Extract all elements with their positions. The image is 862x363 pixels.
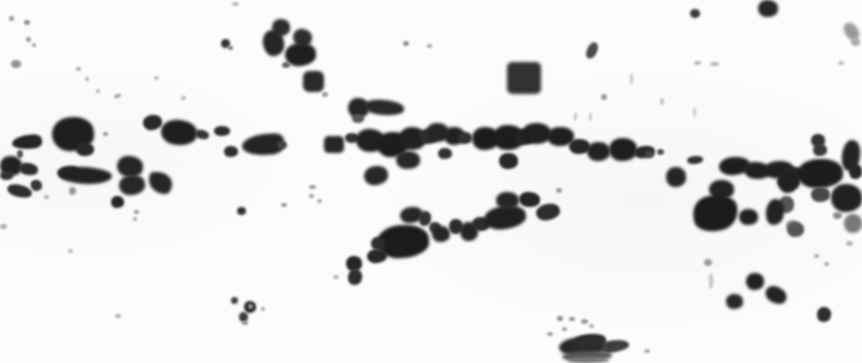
particle-blob	[85, 77, 89, 81]
particle-blob	[666, 167, 686, 187]
particle-blob	[103, 132, 108, 136]
particle-blob	[710, 62, 719, 66]
particle-blob	[438, 148, 452, 159]
particle-blob	[846, 241, 853, 246]
particle-blob	[690, 9, 700, 18]
particle-blob	[11, 134, 42, 151]
particle-blob	[366, 248, 387, 264]
particle-blob	[333, 275, 339, 279]
particle-blob	[535, 202, 562, 223]
particle-blob	[547, 332, 553, 336]
micrograph	[0, 0, 862, 363]
particle-blob	[69, 187, 76, 195]
particle-blob	[813, 144, 827, 156]
particle-blob	[149, 172, 172, 194]
particle-blob	[644, 349, 650, 353]
particle-blob	[396, 151, 420, 169]
particle-blob	[44, 195, 49, 199]
particle-blob	[739, 209, 758, 225]
particle-blob	[584, 41, 600, 61]
particle-blob	[796, 158, 843, 189]
particle-blob	[0, 171, 13, 180]
particle-blob	[764, 198, 785, 226]
particle-blob	[704, 259, 712, 266]
particle-blob	[214, 126, 230, 136]
particle-blob	[352, 114, 364, 123]
particle-blob	[363, 98, 404, 116]
particle-blob	[282, 62, 290, 68]
particle-blob	[496, 192, 519, 209]
particle-blob	[507, 62, 541, 94]
particle-blob	[833, 212, 842, 219]
particle-blob	[133, 217, 137, 221]
particle-blob	[111, 196, 124, 208]
particle-blob	[518, 191, 540, 208]
particle-blob	[499, 153, 518, 169]
particle-blob	[11, 60, 21, 68]
particle-blob	[26, 37, 31, 42]
particle-blob	[557, 316, 563, 321]
particle-blob	[574, 112, 577, 121]
particle-blob	[726, 294, 743, 309]
particle-blob	[816, 306, 832, 323]
particle-blob	[237, 207, 246, 215]
particle-blob	[76, 143, 94, 156]
particle-blob	[556, 188, 562, 193]
particle-blob	[118, 174, 146, 197]
particle-blob	[589, 324, 594, 328]
particle-blob	[309, 185, 316, 189]
particle-blob	[60, 166, 113, 186]
particle-blob	[844, 214, 862, 233]
particle-blob	[690, 191, 742, 236]
particle-blob	[758, 0, 778, 17]
particle-blob	[76, 67, 81, 71]
particle-blob	[427, 44, 432, 48]
particle-blob	[242, 321, 248, 325]
particle-blob	[601, 94, 607, 100]
particle-blob	[587, 142, 610, 161]
particle-blob	[694, 61, 701, 65]
particle-blob	[814, 254, 819, 258]
particle-blob	[787, 222, 804, 237]
particle-blob	[68, 249, 73, 253]
particle-blob	[709, 273, 713, 289]
particle-blob	[24, 20, 30, 25]
particle-blob	[231, 297, 238, 304]
particle-blob	[432, 226, 450, 242]
particle-blob	[693, 108, 696, 117]
particle-blob	[232, 2, 239, 6]
particle-blob	[281, 203, 287, 207]
particle-blob	[645, 151, 654, 158]
particle-blob	[0, 224, 7, 229]
particle-blob	[660, 98, 664, 105]
particle-blob	[811, 187, 830, 202]
particle-blob	[134, 210, 139, 214]
particle-blob	[363, 164, 390, 187]
particle-blob	[746, 273, 764, 290]
particle-blob	[142, 113, 163, 131]
particle-blob	[687, 155, 704, 164]
particle-blob	[228, 46, 233, 50]
particle-blob	[317, 199, 322, 203]
particle-blob	[459, 132, 472, 144]
particle-blob	[322, 92, 328, 97]
particle-blob	[838, 61, 844, 65]
particle-blob	[96, 89, 100, 93]
particle-blob	[824, 262, 829, 266]
particle-blob	[347, 268, 364, 286]
particle-blob	[562, 327, 567, 331]
particle-blob	[115, 314, 121, 318]
particle-blob	[569, 317, 575, 321]
particle-blob	[160, 118, 198, 146]
particle-blob	[32, 43, 36, 47]
particle-blob	[261, 307, 265, 311]
particle-blob	[609, 138, 637, 161]
particle-blob	[154, 76, 159, 80]
particle-blob	[403, 41, 409, 46]
particle-blob	[9, 16, 14, 21]
particle-blob	[31, 180, 42, 191]
particle-blob	[181, 96, 186, 100]
particle-blob	[248, 304, 253, 309]
particle-blob	[277, 141, 287, 149]
particle-blob	[763, 283, 790, 307]
particle-blob	[6, 182, 33, 200]
particle-blob	[851, 38, 860, 46]
particle-blob	[581, 319, 588, 324]
particle-blob	[194, 128, 210, 140]
particle-blob	[849, 164, 862, 179]
particle-blob	[309, 194, 314, 198]
particle-blob	[589, 113, 592, 121]
particle-blob	[630, 73, 633, 85]
particle-blob	[567, 357, 609, 363]
particle-blob	[114, 93, 122, 99]
particle-blob	[224, 146, 238, 157]
particle-blob	[303, 71, 324, 92]
particle-blob	[17, 150, 23, 158]
particle-blob	[324, 136, 344, 153]
particle-blob	[657, 149, 664, 155]
particle-blob	[777, 173, 800, 190]
particle-blob	[831, 184, 862, 212]
particle-blob	[18, 161, 39, 176]
